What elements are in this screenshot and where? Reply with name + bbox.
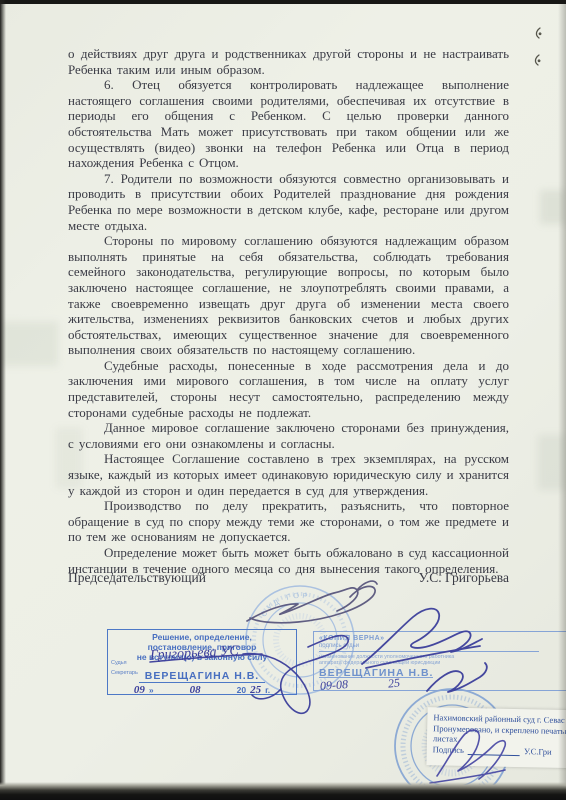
stamp-line: «КОПИЯ ВЕРНА» — [319, 635, 385, 642]
document-paragraph: Данное мировое соглашение заключено стор… — [68, 420, 509, 451]
document-paragraph: о действиях друг друга и родственниках д… — [68, 46, 509, 77]
handwritten-date: 09-08 — [320, 677, 349, 694]
document-paragraph: 7. Родители по возможности обязуются сов… — [68, 171, 509, 233]
scan-edge-right — [558, 0, 566, 800]
stamp-line: Решение, определение, — [111, 632, 293, 642]
secretary-label: Секретарь — [111, 670, 138, 676]
signature-label: Подпись — [433, 744, 464, 755]
handwritten-year: 25 — [250, 685, 261, 695]
era-label: г. — [265, 685, 270, 695]
handwritten-month: 08 — [190, 685, 201, 695]
svg-text:СУД ГОР: СУД ГОР — [259, 591, 311, 619]
scanned-document-page: СУД ГОР о действиях друг друга и родстве… — [0, 0, 566, 800]
not-in-force-stamp: Решение, определение, постановление, при… — [107, 629, 297, 695]
blank-line — [468, 754, 520, 756]
blank-line — [205, 694, 233, 695]
stamp-date-line: 09 » 08 20 25 г. — [111, 685, 293, 695]
signature-row: Председательствующий У.С. Григорьева — [68, 570, 509, 586]
quote-mark: » — [149, 685, 154, 695]
secretary-name-stamp: ВЕРЕЩАГИНА Н.В. — [139, 671, 265, 683]
document-body: о действиях друг друга и родственниках д… — [68, 46, 509, 576]
scan-edge-left — [0, 0, 6, 800]
handwritten-year: 25 — [387, 675, 401, 691]
document-paragraph: 6. Отец обязуется контролировать надлежа… — [68, 77, 509, 171]
bleedthrough-smudge — [0, 322, 58, 366]
signer-name: У.С.Гри — [524, 746, 552, 757]
copy-certified-stamp: «КОПИЯ ВЕРНА» подпись судьи наименование… — [313, 631, 566, 691]
document-paragraph: Судебные расходы, понесенные в ходе расс… — [68, 358, 509, 420]
binding-marks — [535, 28, 540, 65]
signature-center — [247, 581, 377, 623]
stamp-line: подпись судьи — [319, 643, 563, 650]
document-paragraph: Производство по делу прекратить, разъясн… — [68, 498, 509, 545]
judge-label: Судья — [111, 660, 127, 666]
numbered-sealed-label: Нахимовский районный суд г. Севас Пронум… — [426, 707, 566, 769]
seal-rim-text: СУД ГОР — [259, 591, 311, 619]
year-prefix: 20 — [237, 685, 246, 695]
stamp-line: аппарата федерального суда общей юрисдик… — [319, 660, 563, 666]
scan-edge-bottom — [0, 782, 566, 800]
blank-line — [319, 651, 539, 652]
handwritten-day: 09 — [134, 685, 145, 695]
judge-name: У.С. Григорьева — [419, 570, 509, 586]
presiding-judge-label: Председательствующий — [68, 570, 206, 586]
document-paragraph: Стороны по мировому соглашению обязуются… — [68, 233, 509, 358]
scan-edge-top — [0, 0, 566, 4]
blank-line — [158, 694, 186, 695]
document-paragraph: Настоящее Соглашение составлено в трех э… — [68, 451, 509, 498]
label-signature-line: Подпись У.С.Гри — [433, 744, 566, 758]
